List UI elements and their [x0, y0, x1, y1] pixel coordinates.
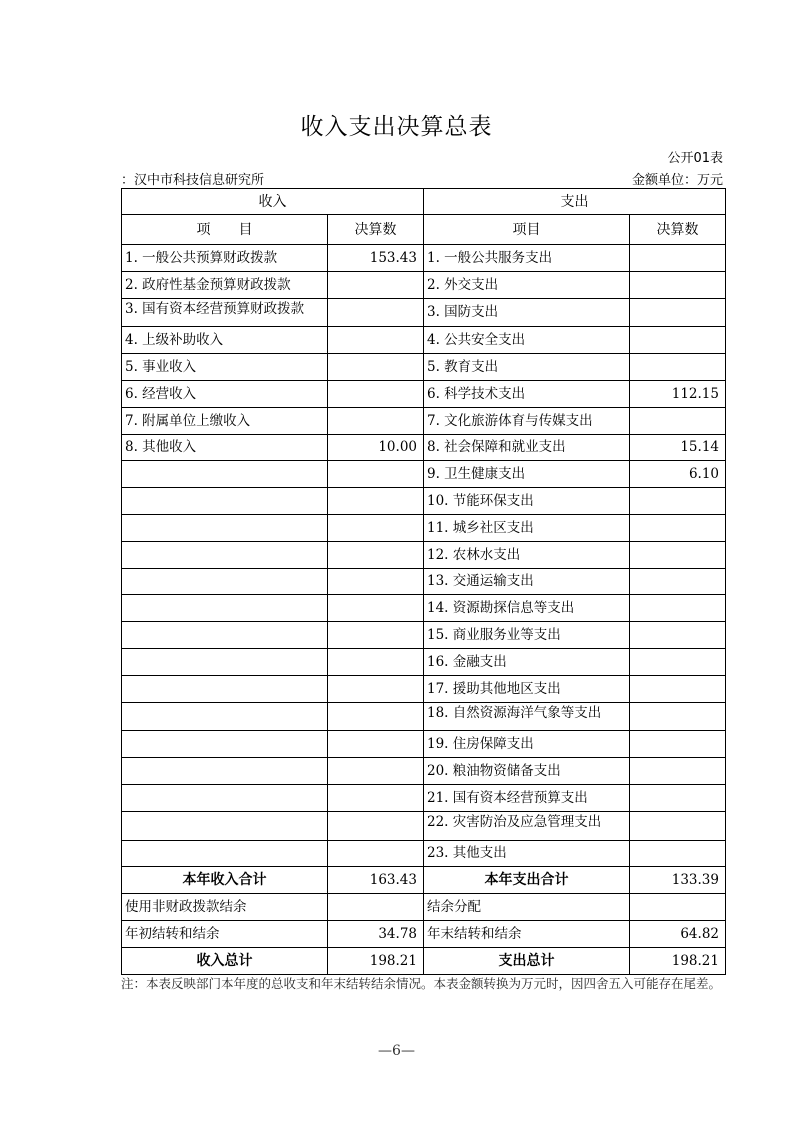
income-item-cell	[122, 461, 328, 488]
table-row: 16. 金融支出	[122, 648, 726, 675]
income-header: 收入	[122, 189, 424, 215]
expense-amount-cell	[630, 595, 726, 622]
expense-amount-cell	[630, 840, 726, 867]
income-amount-cell	[328, 271, 424, 298]
end-balance-label: 年末结转和结余	[424, 920, 630, 947]
organization-name: ：汉中市科技信息研究所	[121, 169, 264, 188]
expense-amount-cell	[630, 648, 726, 675]
income-amount-cell	[328, 541, 424, 568]
page-title: 收入支出决算总表	[0, 108, 793, 141]
expense-item-cell: 18. 自然资源海洋气象等支出	[424, 702, 630, 731]
expense-item-cell: 15. 商业服务业等支出	[424, 622, 630, 649]
table-row: 17. 援助其他地区支出	[122, 675, 726, 702]
expense-item-cell: 13. 交通运输支出	[424, 568, 630, 595]
income-amount-cell	[328, 758, 424, 785]
expense-item-cell: 17. 援助其他地区支出	[424, 675, 630, 702]
expense-amount-cell	[630, 702, 726, 731]
income-amount-cell	[328, 568, 424, 595]
expense-amount-cell	[630, 327, 726, 354]
surplus-dist-value	[630, 894, 726, 921]
expense-item-cell: 6. 科学技术支出	[424, 380, 630, 407]
expense-item-header: 项目	[424, 215, 630, 245]
table-row: 4. 上级补助收入4. 公共安全支出	[122, 327, 726, 354]
income-item-cell	[122, 541, 328, 568]
table-row: 20. 粮油物资储备支出	[122, 758, 726, 785]
expense-amount-cell: 112.15	[630, 380, 726, 407]
surplus-dist-label: 结余分配	[424, 894, 630, 921]
table-row: 22. 灾害防治及应急管理支出	[122, 811, 726, 840]
table-row: 5. 事业收入5. 教育支出	[122, 354, 726, 381]
income-item-header: 项 目	[122, 215, 328, 245]
income-item-cell: 6. 经营收入	[122, 380, 328, 407]
expense-item-cell: 22. 灾害防治及应急管理支出	[424, 811, 630, 840]
expense-item-cell: 23. 其他支出	[424, 840, 630, 867]
table-row: 13. 交通运输支出	[122, 568, 726, 595]
income-total-value: 198.21	[328, 947, 424, 974]
nonfiscal-label: 使用非财政拨款结余	[122, 894, 328, 921]
table-row: 3. 国有资本经营预算财政拨款3. 国防支出	[122, 298, 726, 327]
table-header-row: 收入 支出	[122, 189, 726, 215]
year-expense-value: 133.39	[630, 867, 726, 894]
expense-item-cell: 19. 住房保障支出	[424, 731, 630, 758]
income-amount-cell	[328, 675, 424, 702]
table-row: 1. 一般公共预算财政拨款153.431. 一般公共服务支出	[122, 245, 726, 272]
income-total-label: 收入总计	[122, 947, 328, 974]
expense-amount-cell	[630, 488, 726, 515]
expense-amount-cell	[630, 758, 726, 785]
income-amount-cell	[328, 461, 424, 488]
income-item-cell: 8. 其他收入	[122, 434, 328, 461]
income-amount-cell	[328, 407, 424, 434]
expense-item-cell: 3. 国防支出	[424, 298, 630, 327]
income-item-cell	[122, 568, 328, 595]
expense-amount-cell	[630, 541, 726, 568]
expense-amount-cell: 15.14	[630, 434, 726, 461]
income-amount-cell: 153.43	[328, 245, 424, 272]
expense-amount-cell	[630, 298, 726, 327]
expense-amount-cell	[630, 271, 726, 298]
income-amount-cell	[328, 595, 424, 622]
page-number: —6—	[0, 1043, 793, 1059]
income-item-cell	[122, 784, 328, 811]
expense-amount-cell	[630, 811, 726, 840]
expense-item-cell: 20. 粮油物资储备支出	[424, 758, 630, 785]
income-item-cell	[122, 811, 328, 840]
expense-item-cell: 7. 文化旅游体育与传媒支出	[424, 407, 630, 434]
table-row: 8. 其他收入10.008. 社会保障和就业支出15.14	[122, 434, 726, 461]
expense-item-cell: 9. 卫生健康支出	[424, 461, 630, 488]
table-row: 12. 农林水支出	[122, 541, 726, 568]
amount-unit: 金额单位：万元	[632, 169, 723, 188]
income-item-cell	[122, 514, 328, 541]
income-amount-header: 决算数	[328, 215, 424, 245]
expense-amount-cell	[630, 675, 726, 702]
balance-row: 年初结转和结余 34.78 年末结转和结余 64.82	[122, 920, 726, 947]
table-row: 2. 政府性基金预算财政拨款2. 外交支出	[122, 271, 726, 298]
income-amount-cell	[328, 354, 424, 381]
income-item-cell	[122, 675, 328, 702]
income-amount-cell	[328, 702, 424, 731]
income-amount-cell	[328, 622, 424, 649]
expense-item-cell: 2. 外交支出	[424, 271, 630, 298]
begin-balance-value: 34.78	[328, 920, 424, 947]
expense-item-cell: 10. 节能环保支出	[424, 488, 630, 515]
income-item-cell	[122, 840, 328, 867]
expense-header: 支出	[424, 189, 726, 215]
expense-item-cell: 16. 金融支出	[424, 648, 630, 675]
expense-amount-cell	[630, 568, 726, 595]
begin-balance-label: 年初结转和结余	[122, 920, 328, 947]
income-item-cell: 1. 一般公共预算财政拨款	[122, 245, 328, 272]
expense-item-cell: 1. 一般公共服务支出	[424, 245, 630, 272]
table-row: 7. 附属单位上缴收入7. 文化旅游体育与传媒支出	[122, 407, 726, 434]
expense-item-cell: 21. 国有资本经营预算支出	[424, 784, 630, 811]
expense-amount-cell	[630, 354, 726, 381]
income-amount-cell	[328, 327, 424, 354]
table-row: 6. 经营收入6. 科学技术支出112.15	[122, 380, 726, 407]
income-item-cell	[122, 648, 328, 675]
end-balance-value: 64.82	[630, 920, 726, 947]
expense-item-cell: 12. 农林水支出	[424, 541, 630, 568]
expense-amount-header: 决算数	[630, 215, 726, 245]
income-amount-cell	[328, 488, 424, 515]
expense-amount-cell	[630, 731, 726, 758]
expense-amount-cell: 6.10	[630, 461, 726, 488]
income-amount-cell	[328, 648, 424, 675]
table-row: 14. 资源勘探信息等支出	[122, 595, 726, 622]
income-item-cell: 2. 政府性基金预算财政拨款	[122, 271, 328, 298]
table-row: 21. 国有资本经营预算支出	[122, 784, 726, 811]
form-code: 公开01表	[667, 147, 723, 166]
income-item-cell: 7. 附属单位上缴收入	[122, 407, 328, 434]
table-row: 9. 卫生健康支出6.10	[122, 461, 726, 488]
income-item-cell: 5. 事业收入	[122, 354, 328, 381]
nonfiscal-value	[328, 894, 424, 921]
income-amount-cell	[328, 298, 424, 327]
income-amount-cell	[328, 811, 424, 840]
table-row: 23. 其他支出	[122, 840, 726, 867]
income-item-cell	[122, 731, 328, 758]
footnote: 注：本表反映部门本年度的总收支和年末结转结余情况。本表金额转换为万元时，因四舍五…	[121, 974, 721, 993]
table-row: 11. 城乡社区支出	[122, 514, 726, 541]
expense-amount-cell	[630, 407, 726, 434]
expense-amount-cell	[630, 245, 726, 272]
expense-amount-cell	[630, 784, 726, 811]
expense-amount-cell	[630, 622, 726, 649]
year-income-label: 本年收入合计	[122, 867, 328, 894]
table-row: 15. 商业服务业等支出	[122, 622, 726, 649]
income-amount-cell	[328, 380, 424, 407]
expense-item-cell: 14. 资源勘探信息等支出	[424, 595, 630, 622]
income-amount-cell	[328, 731, 424, 758]
income-item-cell: 4. 上级补助收入	[122, 327, 328, 354]
income-expense-table: 收入 支出 项 目 决算数 项目 决算数 1. 一般公共预算财政拨款153.43…	[121, 188, 726, 975]
income-item-cell	[122, 488, 328, 515]
expense-amount-cell	[630, 514, 726, 541]
income-amount-cell	[328, 514, 424, 541]
table-row: 19. 住房保障支出	[122, 731, 726, 758]
income-amount-cell	[328, 784, 424, 811]
year-expense-label: 本年支出合计	[424, 867, 630, 894]
income-item-cell	[122, 702, 328, 731]
income-item-cell	[122, 595, 328, 622]
expense-item-cell: 4. 公共安全支出	[424, 327, 630, 354]
expense-item-cell: 8. 社会保障和就业支出	[424, 434, 630, 461]
table-row: 10. 节能环保支出	[122, 488, 726, 515]
expense-item-cell: 5. 教育支出	[424, 354, 630, 381]
table-row: 18. 自然资源海洋气象等支出	[122, 702, 726, 731]
expense-total-label: 支出总计	[424, 947, 630, 974]
nonfiscal-row: 使用非财政拨款结余 结余分配	[122, 894, 726, 921]
income-item-cell	[122, 758, 328, 785]
table-subheader-row: 项 目 决算数 项目 决算数	[122, 215, 726, 245]
expense-item-cell: 11. 城乡社区支出	[424, 514, 630, 541]
income-item-cell: 3. 国有资本经营预算财政拨款	[122, 298, 328, 327]
income-amount-cell	[328, 840, 424, 867]
year-income-value: 163.43	[328, 867, 424, 894]
expense-total-value: 198.21	[630, 947, 726, 974]
income-item-cell	[122, 622, 328, 649]
income-amount-cell: 10.00	[328, 434, 424, 461]
grand-total-row: 收入总计 198.21 支出总计 198.21	[122, 947, 726, 974]
year-total-row: 本年收入合计 163.43 本年支出合计 133.39	[122, 867, 726, 894]
